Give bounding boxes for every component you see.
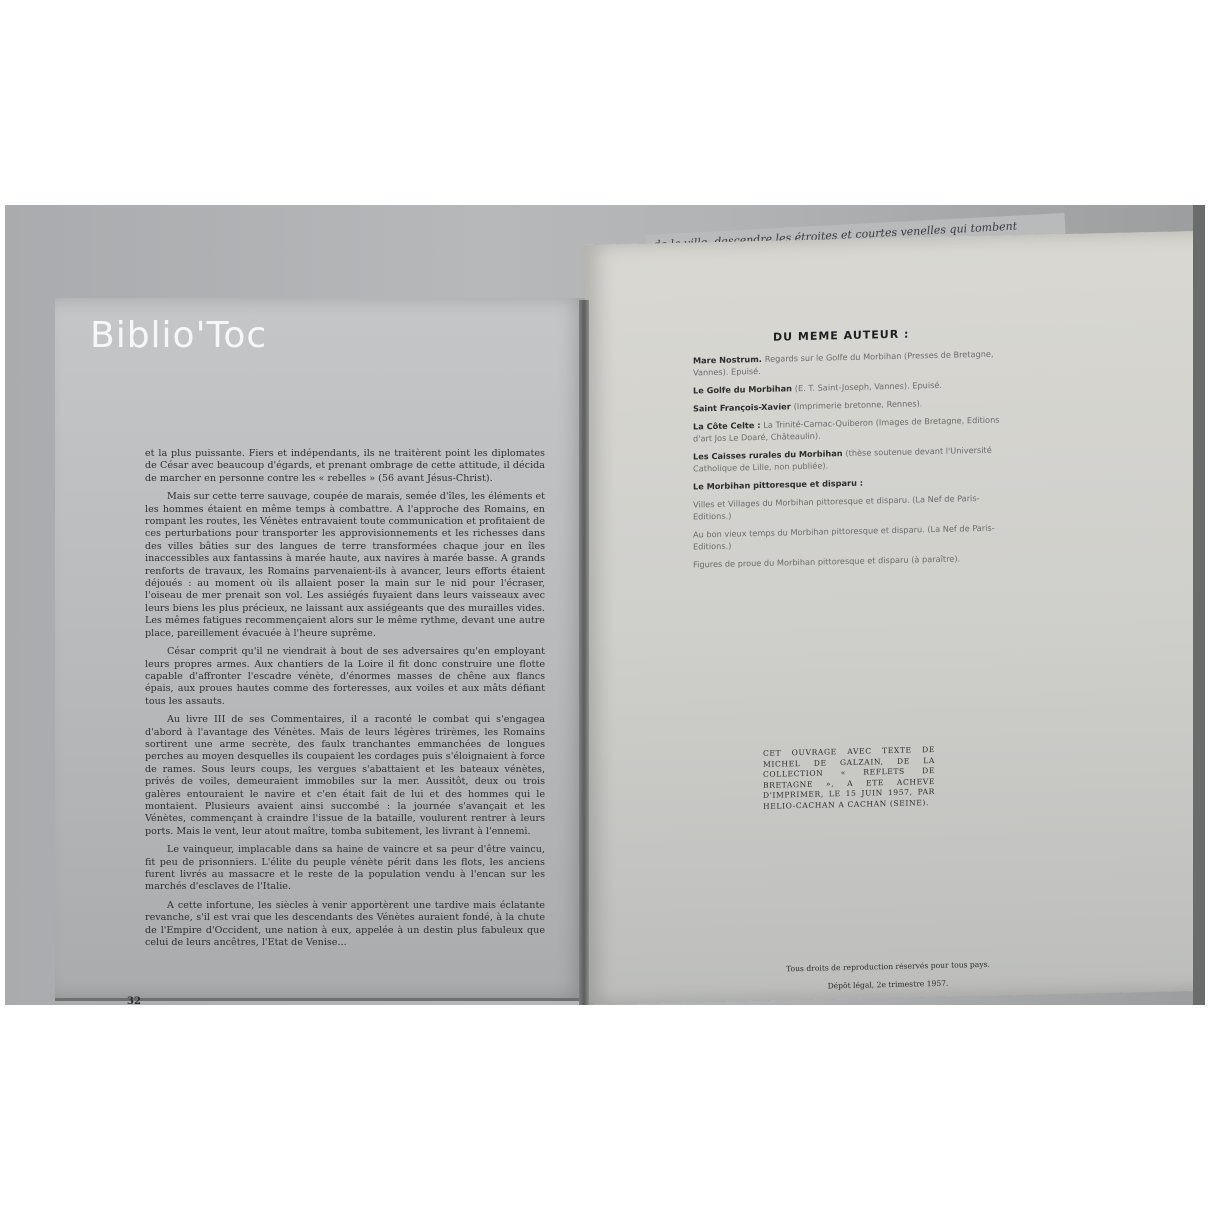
bibliography-entry: Villes et Villages du Morbihan pittoresq… [693,491,1013,522]
paragraph: A cette infortune, les siècles à venir a… [145,900,545,950]
paragraph: César comprit qu'il ne viendrait à bout … [145,646,545,708]
right-page: DU MEME AUTEUR : Mare Nostrum. Regards s… [583,231,1203,1005]
book-photo: de la ville, descendre les étroites et c… [5,205,1205,1005]
page-body-text: et la plus puissante. Fiers et indépenda… [145,448,545,955]
bibliography-entry: Saint François-Xavier (Imprimerie breton… [693,395,1013,414]
book-detail: Villes et Villages du Morbihan pittoresq… [693,493,980,522]
bibliography-entry: Mare Nostrum. Regards sur le Golfe du Mo… [693,347,1013,378]
bibliography-entry: Au bon vieux temps du Morbihan pittoresq… [693,521,1013,552]
colophon: CET OUVRAGE AVEC TEXTE DE MICHEL DE GALZ… [763,745,935,812]
book-title: Les Caisses rurales du Morbihan [693,448,845,461]
book-detail: (Imprimerie bretonne, Rennes). [794,398,923,411]
background-edge [1193,205,1205,1005]
book-title: Saint François-Xavier [693,401,794,413]
book-detail: (E. T. Saint-Joseph, Vannes). Epuisé. [795,380,942,393]
page-number: 32 [127,996,141,1005]
book-title: La Côte Celte : [693,420,763,432]
bibliography-entry: La Côte Celte : La Trinité-Carnac-Quiber… [693,413,1013,444]
copyright-notice: Tous droits de reproduction réservés pou… [758,955,1018,997]
bibliography-entry: Figures de proue du Morbihan pittoresque… [693,551,1013,570]
book-detail: Figures de proue du Morbihan pittoresque… [693,553,960,569]
paragraph: Le vainqueur, implacable dans sa haine d… [145,844,545,894]
book-detail: Au bon vieux temps du Morbihan pittoresq… [693,523,995,552]
book-title: Le Golfe du Morbihan [693,383,795,395]
book-spine-gutter [579,300,589,1005]
paragraph: Mais sur cette terre sauvage, coupée de … [145,491,545,640]
paragraph: Au livre III de ses Commentaires, il a r… [145,714,545,838]
bibliography-list: Mare Nostrum. Regards sur le Golfe du Mo… [693,347,1013,576]
paragraph: et la plus puissante. Fiers et indépenda… [145,448,545,485]
book-title: Le Morbihan pittoresque et disparu : [693,478,863,492]
author-works-heading: DU MEME AUTEUR : [773,328,909,344]
book-title: Mare Nostrum. [693,354,765,366]
watermark-logo: Biblio'Toc [90,315,267,356]
left-page: et la plus puissante. Fiers et indépenda… [55,298,585,1001]
bibliography-entry: Le Golfe du Morbihan (E. T. Saint-Joseph… [693,377,1013,396]
bibliography-entry: Les Caisses rurales du Morbihan (thèse s… [693,443,1013,474]
bibliography-entry: Le Morbihan pittoresque et disparu : [693,473,1013,492]
